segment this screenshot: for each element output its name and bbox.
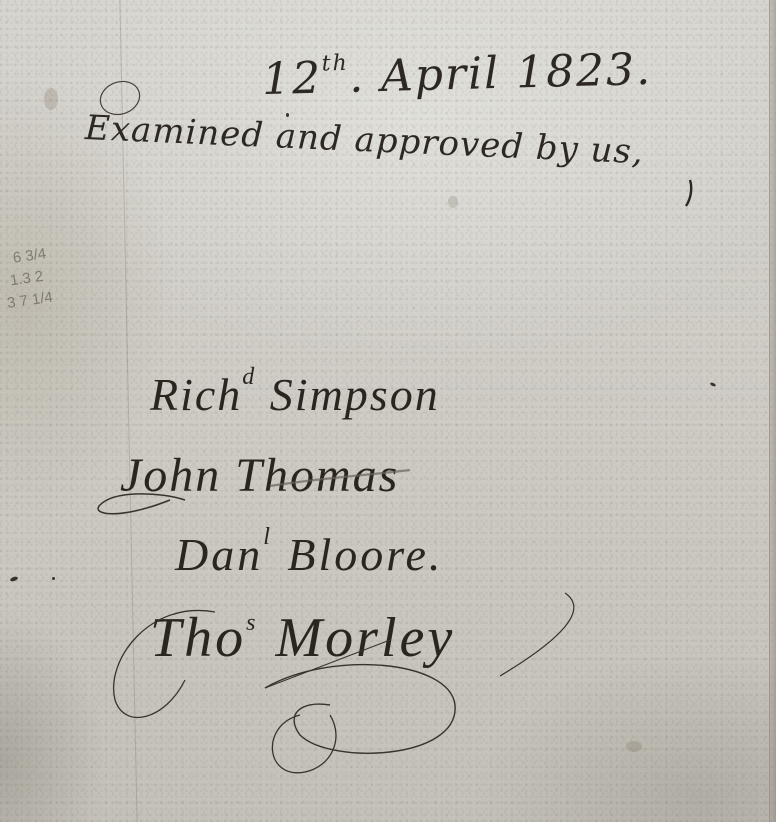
signature-daniel-bloore: Danl Bloore. — [175, 524, 443, 581]
date-day-suffix: th — [321, 51, 349, 77]
ink-dot — [10, 576, 19, 582]
approval-statement: Examined and approved by us, — [84, 108, 644, 172]
signature-full-name: John Thomas — [120, 449, 399, 502]
ink-dot — [52, 577, 55, 580]
signature-surname: Simpson — [270, 369, 440, 420]
signature-john-thomas: John Thomas — [120, 448, 399, 503]
stain-spot — [44, 88, 58, 110]
ink-dot — [710, 382, 717, 387]
signature-surname: Morley — [276, 607, 456, 669]
signature-thomas-morley: Thos Morley — [150, 606, 455, 670]
signature-forename: Rich — [150, 369, 242, 420]
date-day: 12 — [261, 53, 322, 106]
signature-forename: Tho — [150, 607, 246, 669]
stain-spot — [448, 196, 458, 208]
signature-forename-suffix: d — [242, 364, 256, 390]
signature-forename-suffix: l — [263, 524, 273, 550]
date-line: 12th. April 1823. — [261, 43, 652, 105]
signature-forename-suffix: s — [246, 610, 258, 636]
signature-forename: Dan — [175, 529, 263, 580]
page-edge — [769, 0, 776, 822]
date-rest: . April 1823. — [348, 44, 652, 103]
margin-pencil-notes: 6 3/4 1.3 2 3 7 1/4 — [0, 243, 54, 315]
stain-spot — [626, 741, 642, 752]
signature-surname: Bloore. — [287, 529, 443, 580]
signature-richard-simpson: Richd Simpson — [150, 364, 440, 421]
manuscript-page: 12th. April 1823. Examined and approved … — [0, 0, 776, 822]
